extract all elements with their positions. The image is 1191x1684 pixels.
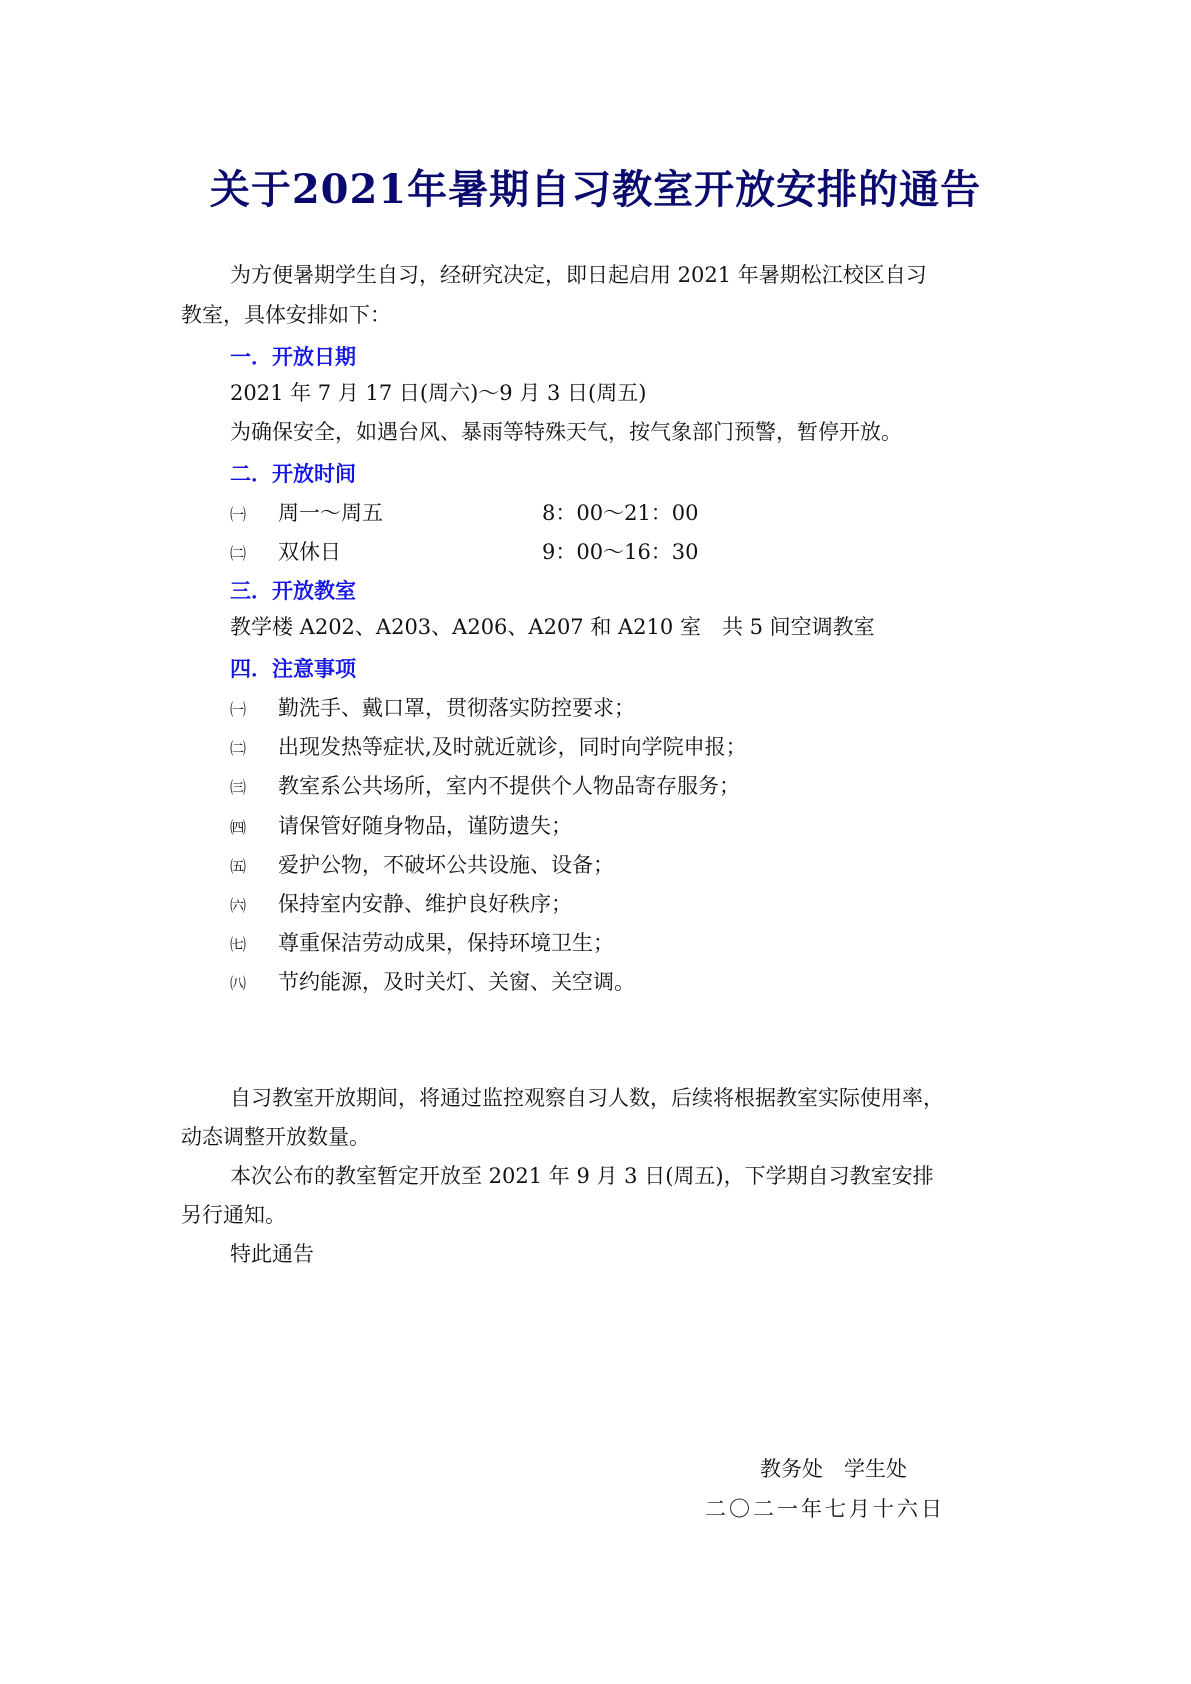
intro-line-2: 教室，具体安排如下： — [181, 300, 391, 330]
item-number: ㈡ — [230, 541, 278, 564]
note-text: 尊重保洁劳动成果，保持环境卫生； — [278, 931, 614, 955]
closing-p2-line-1: 本次公布的教室暂定开放至 2021 年 9 月 3 日(周五)，下学期自习教室安… — [230, 1161, 934, 1191]
note-text: 勤洗手、戴口罩，贯彻落实防控要求； — [278, 696, 635, 720]
item-number: ㈠ — [230, 697, 278, 720]
note-text: 节约能源，及时关灯、关窗、关空调。 — [278, 970, 635, 994]
rooms-list: 教学楼 A202、A203、A206、A207 和 A210 室 共 5 间空调… — [230, 612, 875, 642]
closing-p2-line-2: 另行通知。 — [181, 1200, 286, 1230]
item-number: ㈤ — [230, 854, 278, 877]
signature-departments: 教务处 学生处 — [760, 1453, 907, 1483]
hours-time: 8：00～21：00 — [542, 497, 699, 527]
page-title: 关于2021年暑期自习教室开放安排的通告 — [0, 158, 1191, 215]
hours-label: 双休日 — [278, 540, 341, 564]
note-item: ㈧节约能源，及时关灯、关窗、关空调。 — [230, 966, 635, 996]
note-item: ㈢教室系公共场所，室内不提供个人物品寄存服务； — [230, 770, 740, 800]
note-item: ㈣请保管好随身物品，谨防遗失； — [230, 810, 572, 840]
hours-item: ㈡双休日 9：00～16：30 — [230, 536, 341, 566]
hours-label: 周一～周五 — [278, 501, 383, 525]
note-item: ㈥保持室内安静、维护良好秩序； — [230, 888, 572, 918]
item-number: ㈧ — [230, 971, 278, 994]
dates-range: 2021 年 7 月 17 日(周六)～9 月 3 日(周五) — [230, 378, 646, 408]
section-heading-hours: 二．开放时间 — [230, 458, 356, 488]
closing-statement: 特此通告 — [230, 1239, 314, 1269]
note-item: ㈡出现发热等症状,及时就近就诊，同时向学院申报； — [230, 731, 747, 761]
hours-item: ㈠周一～周五 8：00～21：00 — [230, 497, 383, 527]
item-number: ㈦ — [230, 932, 278, 955]
note-text: 请保管好随身物品，谨防遗失； — [278, 814, 572, 838]
item-number: ㈢ — [230, 775, 278, 798]
item-number: ㈠ — [230, 502, 278, 525]
signature-date: 二〇二一年七月十六日 — [705, 1493, 945, 1523]
section-heading-notes: 四．注意事项 — [230, 653, 356, 683]
note-text: 保持室内安静、维护良好秩序； — [278, 892, 572, 916]
note-item: ㈤爱护公物，不破坏公共设施、设备； — [230, 849, 614, 879]
note-text: 出现发热等症状,及时就近就诊，同时向学院申报； — [278, 735, 747, 759]
note-text: 爱护公物，不破坏公共设施、设备； — [278, 853, 614, 877]
hours-time: 9：00～16：30 — [542, 536, 699, 566]
closing-p1-line-2: 动态调整开放数量。 — [181, 1122, 370, 1152]
section-heading-rooms: 三．开放教室 — [230, 575, 356, 605]
item-number: ㈣ — [230, 815, 278, 838]
intro-line-1: 为方便暑期学生自习，经研究决定，即日起启用 2021 年暑期松江校区自习 — [230, 260, 927, 290]
item-number: ㈡ — [230, 736, 278, 759]
note-item: ㈠勤洗手、戴口罩，贯彻落实防控要求； — [230, 692, 635, 722]
note-item: ㈦尊重保洁劳动成果，保持环境卫生； — [230, 927, 614, 957]
dates-weather-note: 为确保安全，如遇台风、暴雨等特殊天气，按气象部门预警，暂停开放。 — [230, 417, 902, 447]
closing-p1-line-1: 自习教室开放期间，将通过监控观察自习人数，后续将根据教室实际使用率， — [230, 1083, 944, 1113]
note-text: 教室系公共场所，室内不提供个人物品寄存服务； — [278, 774, 740, 798]
item-number: ㈥ — [230, 893, 278, 916]
section-heading-dates: 一．开放日期 — [230, 341, 356, 371]
